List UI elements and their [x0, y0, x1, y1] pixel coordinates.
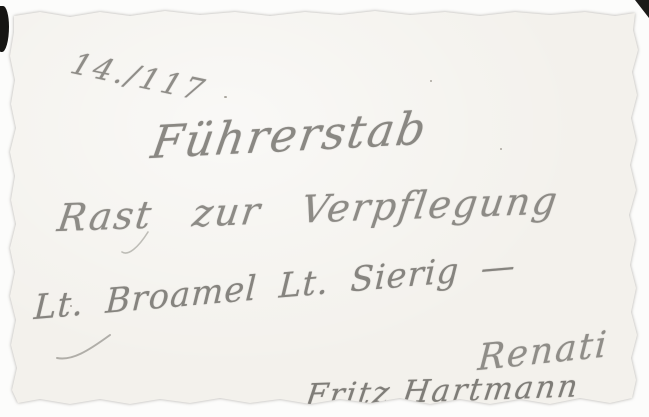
paper-speck	[224, 96, 227, 98]
photo-paper: 14./117 Führerstab Rast zur Verpflegung …	[0, 0, 649, 417]
photo-wrap: 14./117 Führerstab Rast zur Verpflegung …	[0, 0, 649, 417]
handwritten-title: Führerstab	[148, 101, 432, 169]
handwritten-date: 14./117	[66, 47, 211, 109]
scan-background: 14./117 Führerstab Rast zur Verpflegung …	[0, 0, 649, 417]
paper-speck	[500, 148, 502, 150]
handwritten-caption: Rast zur Verpflegung	[55, 178, 562, 240]
handwritten-signature: Fritz Hartmann	[303, 368, 581, 414]
paper-speck	[70, 305, 72, 307]
handwritten-officer-names: Lt. Broamel Lt. Sierig —	[33, 246, 517, 328]
paper-speck	[430, 80, 432, 82]
